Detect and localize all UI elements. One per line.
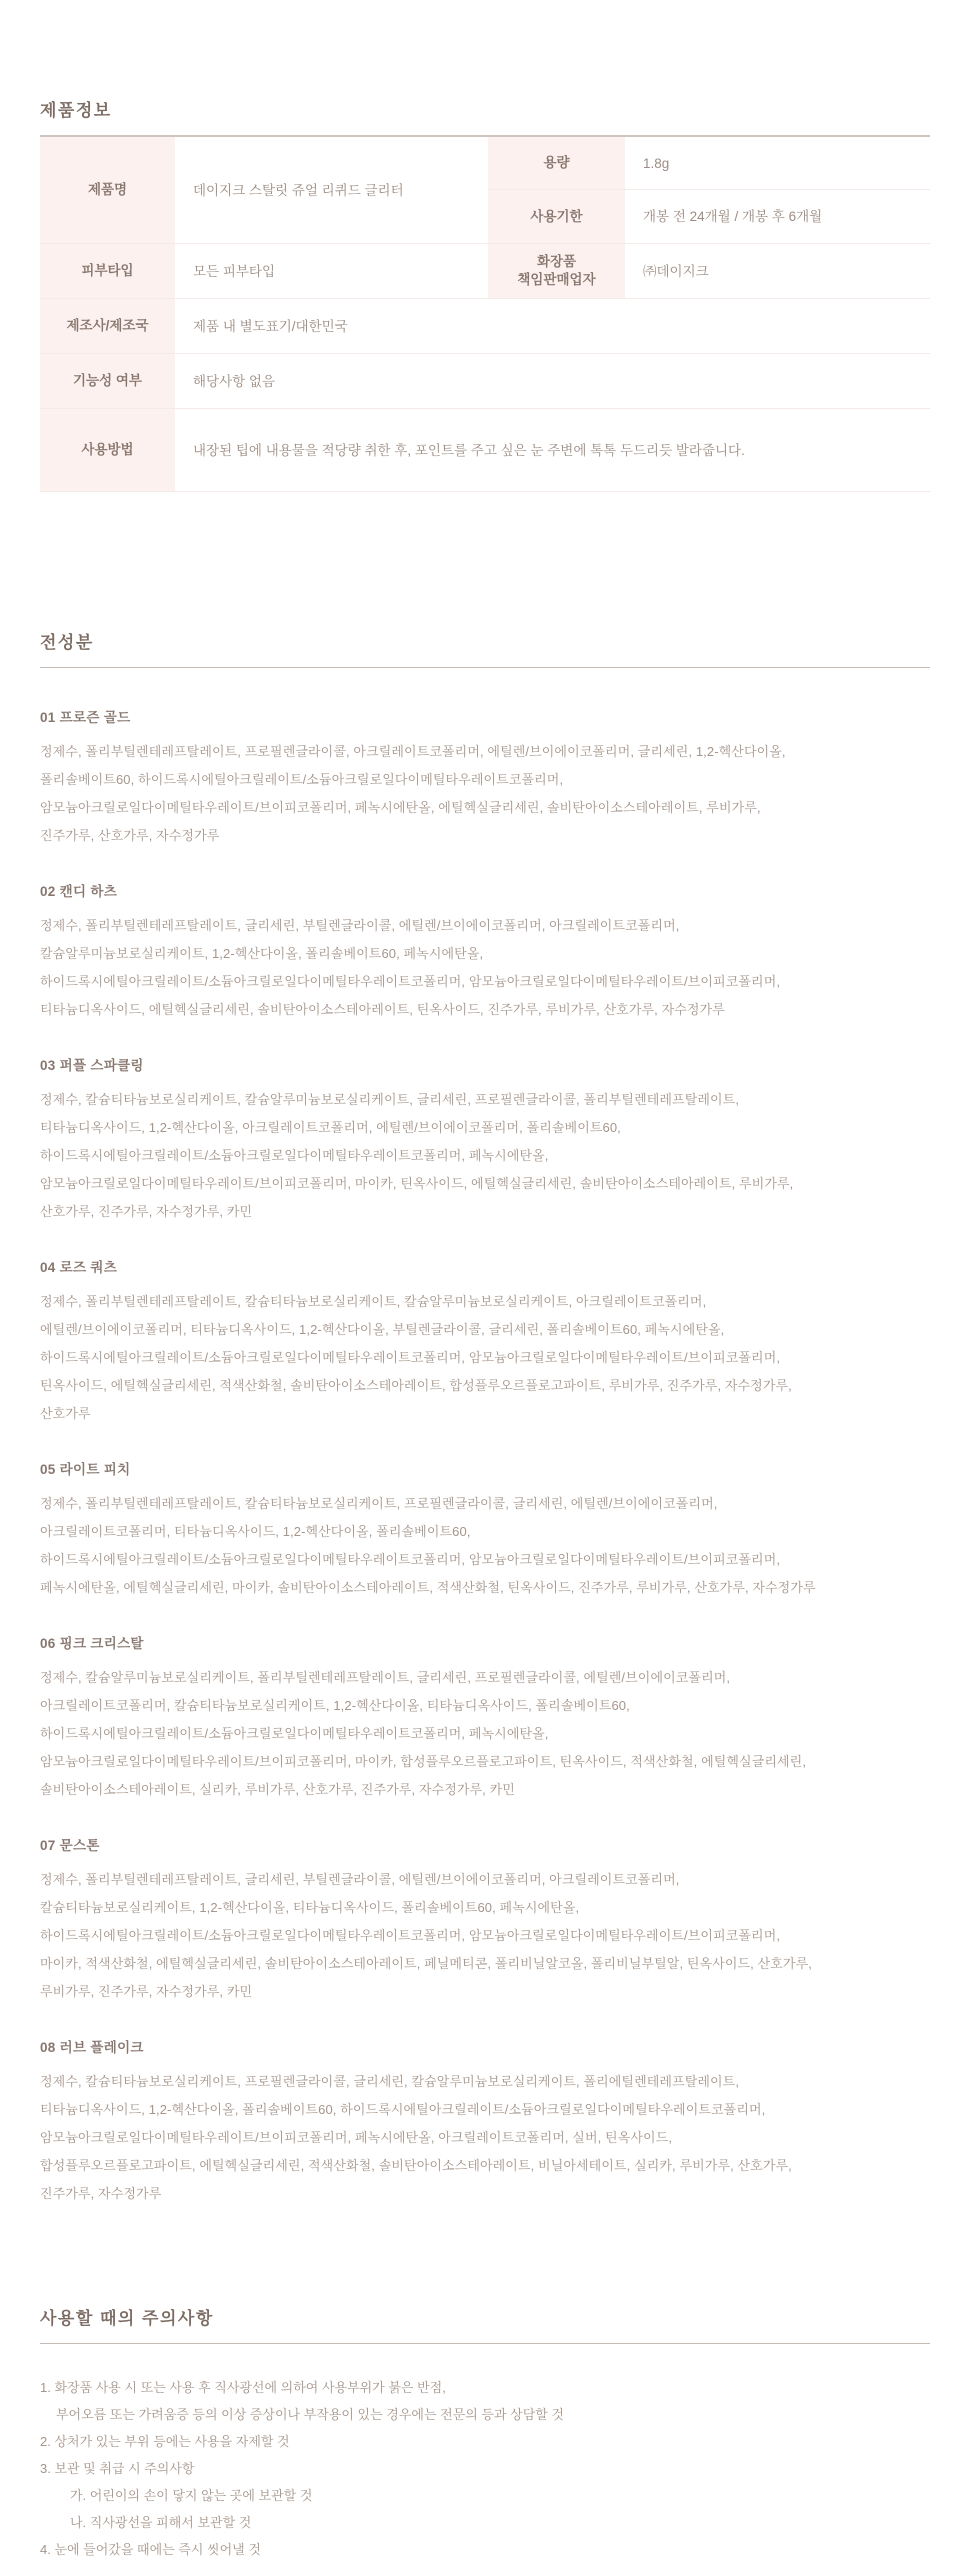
product-info-heading: 제품정보 <box>40 100 930 122</box>
product-info-section: 제품정보 제품명 데이지크 스탈릿 쥬얼 리퀴드 글리터 용량 1.8g 사용기… <box>40 100 930 492</box>
shade-name: 07 문스톤 <box>40 1836 930 1856</box>
responsible-seller-label: 화장품 책임판매업자 <box>488 244 625 299</box>
shade-name: 03 퍼플 스파클링 <box>40 1056 930 1076</box>
functional-label: 기능성 여부 <box>40 354 175 409</box>
product-info-table: 제품명 데이지크 스탈릿 쥬얼 리퀴드 글리터 용량 1.8g 사용기한 개봉 … <box>40 135 930 492</box>
shade-ingredients: 정제수, 칼슘티타늄보로실리케이트, 칼슘알루미늄보로실리케이트, 글리세린, … <box>40 1086 930 1226</box>
volume-label: 용량 <box>488 137 625 190</box>
shelf-life-label: 사용기한 <box>488 190 625 244</box>
shade-ingredients: 정제수, 칼슘티타늄보로실리케이트, 프로필렌글라이콜, 글리세린, 칼슘알루미… <box>40 2068 930 2208</box>
precaution-line: 1. 화장품 사용 시 또는 사용 후 직사광선에 의하여 사용부위가 붉은 반… <box>40 2374 930 2401</box>
precaution-line: 나. 직사광선을 피해서 보관할 것 <box>40 2509 930 2536</box>
product-detail-page: 제품정보 제품명 데이지크 스탈릿 쥬얼 리퀴드 글리터 용량 1.8g 사용기… <box>0 100 970 2560</box>
shade-block-06: 06 핑크 크리스탈 정제수, 칼슘알루미늄보로실리케이트, 폴리부틸렌테레프탈… <box>40 1634 930 1804</box>
skin-type-label: 피부타입 <box>40 244 175 299</box>
precaution-line: 2. 상처가 있는 부위 등에는 사용을 자제할 것 <box>40 2428 930 2455</box>
responsible-seller-value: ㈜데이지크 <box>625 244 930 299</box>
precautions-section: 사용할 때의 주의사항 1. 화장품 사용 시 또는 사용 후 직사광선에 의하… <box>40 2308 930 2560</box>
usage-value: 내장된 팁에 내용물을 적당량 취한 후, 포인트를 주고 싶은 눈 주변에 톡… <box>175 409 930 492</box>
manufacturer-label: 제조사/제조국 <box>40 299 175 354</box>
shelf-life-value: 개봉 전 24개월 / 개봉 후 6개월 <box>625 190 930 244</box>
precaution-line: 부어오름 또는 가려움증 등의 이상 증상이나 부작용이 있는 경우에는 전문의… <box>40 2401 930 2428</box>
shade-name: 06 핑크 크리스탈 <box>40 1634 930 1654</box>
manufacturer-value: 제품 내 별도표기/대한민국 <box>175 299 930 354</box>
shade-ingredients: 정제수, 폴리부틸렌테레프탈레이트, 프로필렌글라이콜, 아크릴레이트코폴리머,… <box>40 738 930 850</box>
shade-block-05: 05 라이트 피치 정제수, 폴리부틸렌테레프탈레이트, 칼슘티타늄보로실리케이… <box>40 1460 930 1602</box>
precautions-heading: 사용할 때의 주의사항 <box>40 2308 930 2330</box>
volume-value: 1.8g <box>625 137 930 190</box>
shade-ingredients: 정제수, 폴리부틸렌테레프탈레이트, 칼슘티타늄보로실리케이트, 프로필렌글라이… <box>40 1490 930 1602</box>
shade-ingredients: 정제수, 폴리부틸렌테레프탈레이트, 칼슘티타늄보로실리케이트, 칼슘알루미늄보… <box>40 1288 930 1428</box>
skin-type-value: 모든 피부타입 <box>175 244 488 299</box>
shade-name: 01 프로즌 골드 <box>40 708 930 728</box>
ingredients-section: 전성분 01 프로즌 골드 정제수, 폴리부틸렌테레프탈레이트, 프로필렌글라이… <box>40 632 930 2208</box>
product-name-label: 제품명 <box>40 137 175 244</box>
precaution-line: 4. 눈에 들어갔을 때에는 즉시 씻어낼 것 <box>40 2536 930 2560</box>
precaution-list: 1. 화장품 사용 시 또는 사용 후 직사광선에 의하여 사용부위가 붉은 반… <box>40 2374 930 2560</box>
shade-block-03: 03 퍼플 스파클링 정제수, 칼슘티타늄보로실리케이트, 칼슘알루미늄보로실리… <box>40 1056 930 1226</box>
shade-ingredients: 정제수, 칼슘알루미늄보로실리케이트, 폴리부틸렌테레프탈레이트, 글리세린, … <box>40 1664 930 1804</box>
shade-name: 04 로즈 쿼츠 <box>40 1258 930 1278</box>
ingredients-heading: 전성분 <box>40 632 930 654</box>
shade-ingredients: 정제수, 폴리부틸렌테레프탈레이트, 글리세린, 부틸렌글라이콜, 에틸렌/브이… <box>40 912 930 1024</box>
shade-block-02: 02 캔디 하츠 정제수, 폴리부틸렌테레프탈레이트, 글리세린, 부틸렌글라이… <box>40 882 930 1024</box>
shade-block-07: 07 문스톤 정제수, 폴리부틸렌테레프탈레이트, 글리세린, 부틸렌글라이콜,… <box>40 1836 930 2006</box>
ingredients-divider <box>40 667 930 668</box>
shade-name: 02 캔디 하츠 <box>40 882 930 902</box>
shade-ingredients: 정제수, 폴리부틸렌테레프탈레이트, 글리세린, 부틸렌글라이콜, 에틸렌/브이… <box>40 1866 930 2006</box>
shade-block-04: 04 로즈 쿼츠 정제수, 폴리부틸렌테레프탈레이트, 칼슘티타늄보로실리케이트… <box>40 1258 930 1428</box>
shade-block-08: 08 러브 플레이크 정제수, 칼슘티타늄보로실리케이트, 프로필렌글라이콜, … <box>40 2038 930 2208</box>
shade-name: 08 러브 플레이크 <box>40 2038 930 2058</box>
shade-block-01: 01 프로즌 골드 정제수, 폴리부틸렌테레프탈레이트, 프로필렌글라이콜, 아… <box>40 708 930 850</box>
precaution-line: 3. 보관 및 취급 시 주의사항 <box>40 2455 930 2482</box>
shade-list: 01 프로즌 골드 정제수, 폴리부틸렌테레프탈레이트, 프로필렌글라이콜, 아… <box>40 708 930 2208</box>
functional-value: 해당사항 없음 <box>175 354 930 409</box>
product-name-value: 데이지크 스탈릿 쥬얼 리퀴드 글리터 <box>175 137 488 244</box>
usage-label: 사용방법 <box>40 409 175 492</box>
precautions-divider <box>40 2343 930 2344</box>
shade-name: 05 라이트 피치 <box>40 1460 930 1480</box>
precaution-line: 가. 어린이의 손이 닿지 않는 곳에 보관할 것 <box>40 2482 930 2509</box>
